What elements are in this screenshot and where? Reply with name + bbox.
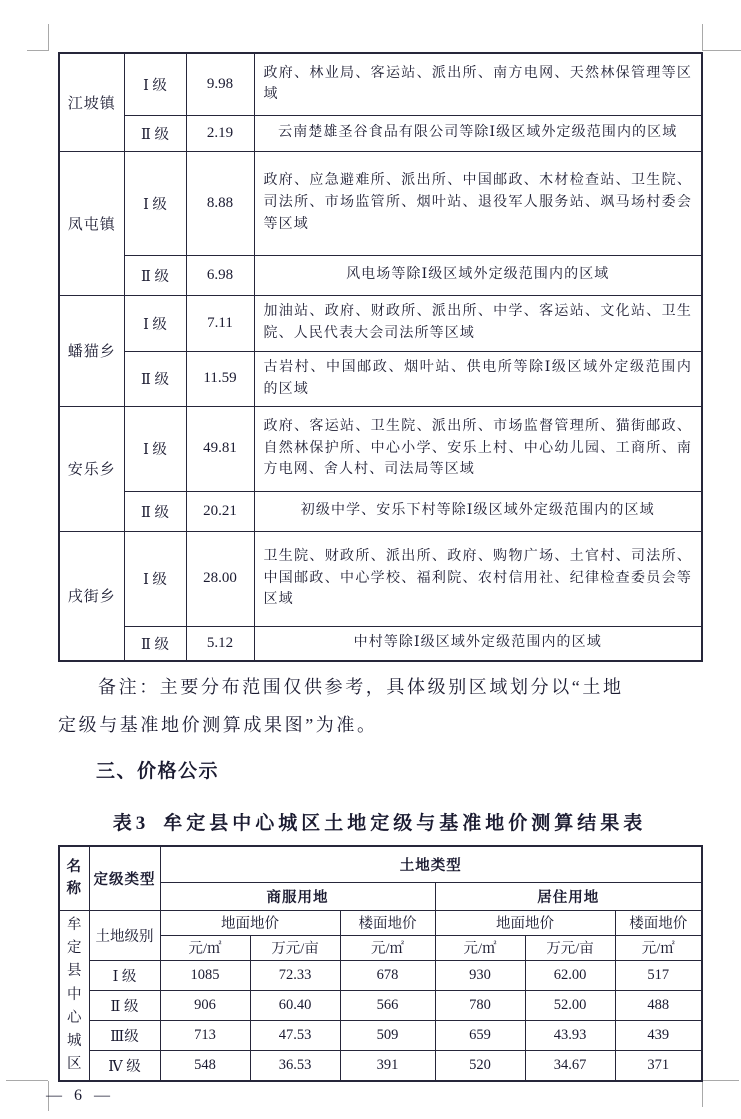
grade-cell: Ⅱ 级 [124, 115, 186, 151]
price-row: Ⅳ 级54836.5339152034.67371 [59, 1050, 702, 1081]
unit-cell: 元/㎡ [340, 935, 435, 960]
price-value-cell: 659 [435, 1020, 525, 1050]
scope-description-cell: 卫生院、财政所、派出所、政府、购物广场、土官村、司法所、中国邮政、中心学校、福利… [254, 531, 702, 626]
price-value-cell: 780 [435, 990, 525, 1020]
price-row: Ⅲ级71347.5350965943.93439 [59, 1020, 702, 1050]
table3-caption: 表3牟定县中心城区土地定级与基准地价测算结果表 [58, 808, 701, 835]
price-value-cell: 509 [340, 1020, 435, 1050]
area-value-cell: 7.11 [186, 295, 254, 351]
distribution-row: 蟠猫乡Ⅰ 级7.11加油站、政府、财政所、派出所、中学、客运站、文化站、卫生院、… [59, 295, 702, 351]
crop-mark-top-left-h [27, 50, 48, 51]
area-value-cell: 2.19 [186, 115, 254, 151]
unit-cell: 元/㎡ [160, 935, 250, 960]
price-value-cell: 520 [435, 1050, 525, 1081]
ground-price-header-residential: 地面地价 [435, 910, 615, 935]
price-value-cell: 36.53 [250, 1050, 340, 1081]
area-value-cell: 9.98 [186, 53, 254, 115]
grade-cell: Ⅰ 级 [124, 53, 186, 115]
ground-price-header-commercial: 地面地价 [160, 910, 340, 935]
crop-mark-top-left-v [48, 24, 49, 51]
area-value-cell: 8.88 [186, 151, 254, 255]
crop-mark-top-right-v [702, 24, 703, 51]
price-value-cell: 930 [435, 960, 525, 990]
table3-caption-text: 牟定县中心城区土地定级与基准地价测算结果表 [163, 813, 646, 834]
crop-mark-top-right-h [703, 50, 741, 51]
town-name-cell: 凤屯镇 [59, 151, 124, 295]
price-value-cell: 1085 [160, 960, 250, 990]
price-value-cell: 34.67 [525, 1050, 615, 1081]
region-name-cell: 牟定县中心城区 [59, 910, 89, 1081]
grade-cell: Ⅰ 级 [124, 295, 186, 351]
scope-description-cell: 政府、客运站、卫生院、派出所、市场监督管理所、猫街邮政、自然林保护所、中心小学、… [254, 406, 702, 491]
price-value-cell: 488 [615, 990, 702, 1020]
crop-mark-bottom-left-h [6, 1080, 48, 1081]
crop-mark-bottom-right-h [703, 1080, 739, 1081]
land-grade-cell: Ⅰ 级 [89, 960, 160, 990]
town-name-cell: 蟠猫乡 [59, 295, 124, 406]
scope-description-cell: 云南楚雄圣谷食品有限公司等除Ⅰ级区域外定级范围内的区域 [254, 115, 702, 151]
table3-caption-label: 表3 [113, 813, 150, 834]
unit-cell: 元/㎡ [615, 935, 702, 960]
price-value-cell: 72.33 [250, 960, 340, 990]
scope-description-cell: 政府、林业局、客运站、派出所、南方电网、天然林保管理等区域 [254, 53, 702, 115]
distribution-row: Ⅱ 级20.21初级中学、安乐下村等除Ⅰ级区域外定级范围内的区域 [59, 491, 702, 531]
distribution-row: Ⅱ 级6.98风电场等除Ⅰ级区域外定级范围内的区域 [59, 255, 702, 295]
crop-mark-bottom-right-v [702, 1081, 703, 1107]
unit-cell: 万元/亩 [525, 935, 615, 960]
price-value-cell: 439 [615, 1020, 702, 1050]
price-value-cell: 60.40 [250, 990, 340, 1020]
scope-description-cell: 风电场等除Ⅰ级区域外定级范围内的区域 [254, 255, 702, 295]
land-grade-cell: Ⅲ级 [89, 1020, 160, 1050]
area-value-cell: 28.00 [186, 531, 254, 626]
area-value-cell: 49.81 [186, 406, 254, 491]
grade-cell: Ⅱ 级 [124, 626, 186, 661]
scope-description-cell: 古岩村、中国邮政、烟叶站、供电所等除Ⅰ级区域外定级范围内的区域 [254, 351, 702, 406]
commercial-land-header-cell: 商服用地 [160, 882, 435, 910]
price-row: Ⅰ 级108572.3367893062.00517 [59, 960, 702, 990]
grade-cell: Ⅰ 级 [124, 151, 186, 255]
price-value-cell: 548 [160, 1050, 250, 1081]
town-name-cell: 江坡镇 [59, 53, 124, 151]
unit-cell: 元/㎡ [435, 935, 525, 960]
area-value-cell: 20.21 [186, 491, 254, 531]
land-grade-cell: Ⅳ 级 [89, 1050, 160, 1081]
grade-cell: Ⅰ 级 [124, 531, 186, 626]
grading-type-header-cell: 定级类型 [89, 846, 160, 910]
price-value-cell: 566 [340, 990, 435, 1020]
floor-price-header-residential: 楼面地价 [615, 910, 702, 935]
distribution-table: 江坡镇Ⅰ 级9.98政府、林业局、客运站、派出所、南方电网、天然林保管理等区域Ⅱ… [58, 52, 703, 662]
price-row: Ⅱ 级90660.4056678052.00488 [59, 990, 702, 1020]
price-value-cell: 713 [160, 1020, 250, 1050]
residential-land-header-cell: 居住用地 [435, 882, 702, 910]
price-value-cell: 47.53 [250, 1020, 340, 1050]
distribution-row: 江坡镇Ⅰ 级9.98政府、林业局、客运站、派出所、南方电网、天然林保管理等区域 [59, 53, 702, 115]
area-value-cell: 5.12 [186, 626, 254, 661]
note-line-1: 备注：主要分布范围仅供参考，具体级别区域划分以“土地 [58, 668, 704, 706]
section-heading: 三、价格公示 [96, 756, 219, 783]
note-line-2: 定级与基准地价测算成果图”为准。 [58, 706, 704, 744]
scope-description-cell: 加油站、政府、财政所、派出所、中学、客运站、文化站、卫生院、人民代表大会司法所等… [254, 295, 702, 351]
price-value-cell: 906 [160, 990, 250, 1020]
floor-price-header-commercial: 楼面地价 [340, 910, 435, 935]
area-value-cell: 11.59 [186, 351, 254, 406]
grade-cell: Ⅱ 级 [124, 255, 186, 295]
price-value-cell: 43.93 [525, 1020, 615, 1050]
note-paragraph: 备注：主要分布范围仅供参考，具体级别区域划分以“土地 定级与基准地价测算成果图”… [58, 668, 704, 744]
page-number: — 6 — [46, 1087, 114, 1105]
grade-cell: Ⅰ 级 [124, 406, 186, 491]
town-name-cell: 安乐乡 [59, 406, 124, 531]
price-value-cell: 371 [615, 1050, 702, 1081]
price-header-row-3: 牟定县中心城区 土地级别 地面地价 楼面地价 地面地价 楼面地价 [59, 910, 702, 935]
price-value-cell: 517 [615, 960, 702, 990]
town-name-cell: 戌街乡 [59, 531, 124, 661]
distribution-row: 戌街乡Ⅰ 级28.00卫生院、财政所、派出所、政府、购物广场、土官村、司法所、中… [59, 531, 702, 626]
unit-cell: 万元/亩 [250, 935, 340, 960]
price-value-cell: 62.00 [525, 960, 615, 990]
price-value-cell: 391 [340, 1050, 435, 1081]
name-header-cell: 名称 [59, 846, 89, 910]
price-value-cell: 678 [340, 960, 435, 990]
distribution-row: Ⅱ 级2.19云南楚雄圣谷食品有限公司等除Ⅰ级区域外定级范围内的区域 [59, 115, 702, 151]
land-grade-cell: Ⅱ 级 [89, 990, 160, 1020]
price-value-cell: 52.00 [525, 990, 615, 1020]
distribution-row: 安乐乡Ⅰ 级49.81政府、客运站、卫生院、派出所、市场监督管理所、猫街邮政、自… [59, 406, 702, 491]
area-value-cell: 6.98 [186, 255, 254, 295]
distribution-row: Ⅱ 级5.12中村等除Ⅰ级区域外定级范围内的区域 [59, 626, 702, 661]
scope-description-cell: 政府、应急避难所、派出所、中国邮政、木材检查站、卫生院、司法所、市场监管所、烟叶… [254, 151, 702, 255]
grade-cell: Ⅱ 级 [124, 491, 186, 531]
distribution-row: Ⅱ 级11.59古岩村、中国邮政、烟叶站、供电所等除Ⅰ级区域外定级范围内的区域 [59, 351, 702, 406]
price-header-row-1: 名称 定级类型 土地类型 [59, 846, 702, 882]
price-table: 名称 定级类型 土地类型 商服用地 居住用地 牟定县中心城区 土地级别 地面地价… [58, 845, 703, 1082]
grade-cell: Ⅱ 级 [124, 351, 186, 406]
scope-description-cell: 中村等除Ⅰ级区域外定级范围内的区域 [254, 626, 702, 661]
land-grade-header-cell: 土地级别 [89, 910, 160, 960]
scope-description-cell: 初级中学、安乐下村等除Ⅰ级区域外定级范围内的区域 [254, 491, 702, 531]
distribution-row: 凤屯镇Ⅰ 级8.88政府、应急避难所、派出所、中国邮政、木材检查站、卫生院、司法… [59, 151, 702, 255]
land-type-header-cell: 土地类型 [160, 846, 702, 882]
